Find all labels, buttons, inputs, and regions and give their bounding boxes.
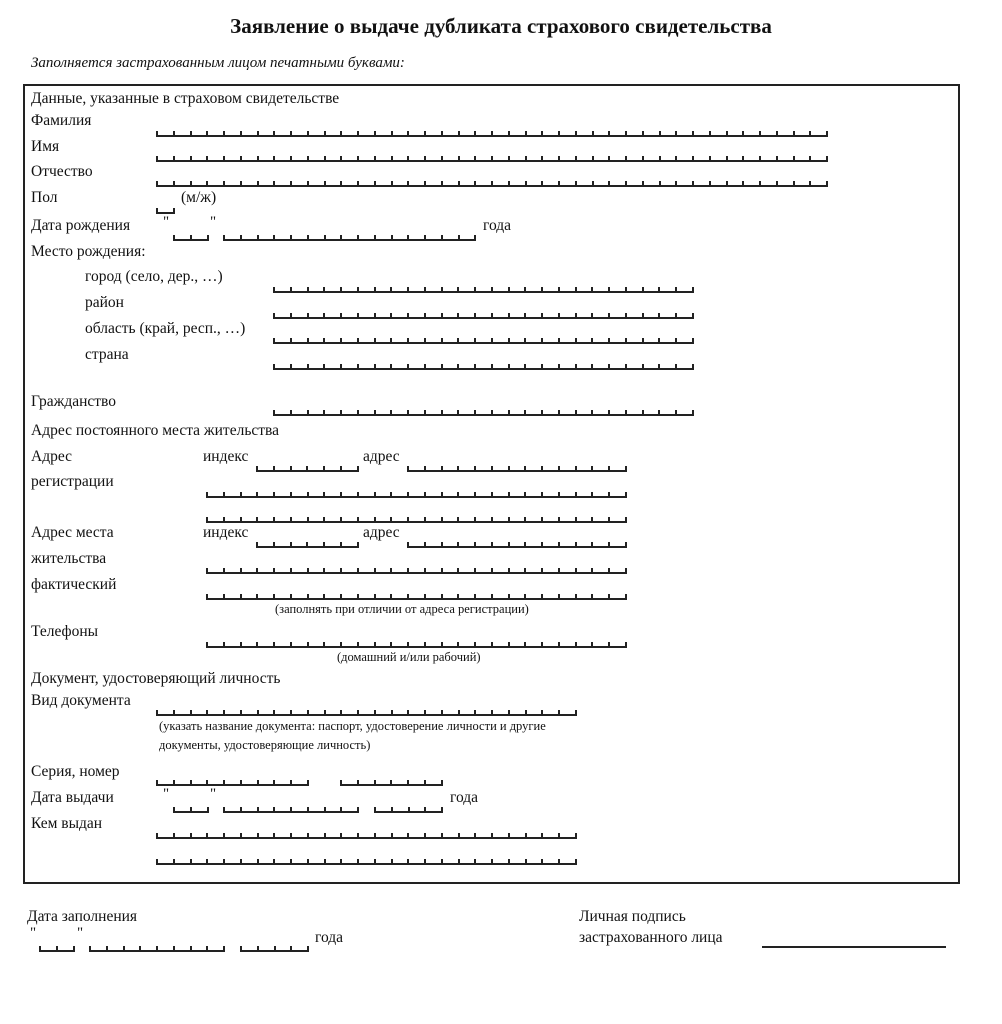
document-section-heading: Документ, удостоверяющий личность [31, 670, 280, 688]
issue-month-field[interactable] [224, 805, 358, 813]
surname-field[interactable] [157, 129, 827, 137]
document-type-hint-1: (указать название документа: паспорт, уд… [159, 719, 546, 734]
birth-day-field[interactable] [174, 233, 208, 241]
reg-address-field-3[interactable] [207, 515, 626, 523]
issued-by-label: Кем выдан [31, 815, 102, 833]
issue-day-field[interactable] [174, 805, 208, 813]
series-field[interactable] [157, 778, 308, 786]
reg-address-label-2: регистрации [31, 473, 114, 491]
country-label: страна [85, 346, 129, 364]
fact-address-label-1: Адрес места [31, 524, 114, 542]
city-field[interactable] [274, 285, 693, 293]
section-certificate-heading: Данные, указанные в страховом свидетельс… [31, 90, 339, 108]
phones-field[interactable] [207, 640, 626, 648]
fact-address-hint: (заполнять при отличии от адреса регистр… [275, 602, 529, 617]
phones-hint: (домашний и/или рабочий) [337, 650, 481, 665]
district-label: район [85, 294, 124, 312]
quote-open: " [163, 786, 169, 803]
signature-line[interactable] [762, 946, 946, 948]
document-type-hint-2: документы, удостоверяющие личность) [159, 738, 370, 753]
signature-label-2: застрахованного лица [579, 929, 723, 947]
fact-index-field[interactable] [257, 540, 358, 548]
region-field[interactable] [274, 336, 693, 344]
fill-year-word: года [315, 929, 343, 947]
reg-address-word: адрес [363, 448, 400, 466]
district-field[interactable] [274, 311, 693, 319]
fill-day-field[interactable] [40, 944, 74, 952]
fact-address-label-2: жительства [31, 550, 106, 568]
country-field[interactable] [274, 362, 693, 370]
city-label: город (село, дер., …) [85, 268, 223, 286]
fact-address-word: адрес [363, 524, 400, 542]
issue-year-word: года [450, 789, 478, 807]
region-label: область (край, респ., …) [85, 320, 245, 338]
issue-year-field[interactable] [375, 805, 442, 813]
reg-address-field-1[interactable] [408, 464, 626, 472]
fact-address-field-1[interactable] [408, 540, 626, 548]
document-type-label: Вид документа [31, 692, 131, 710]
number-field[interactable] [341, 778, 442, 786]
address-section-heading: Адрес постоянного места жительства [31, 422, 279, 440]
reg-index-label: индекс [203, 448, 248, 466]
citizenship-label: Гражданство [31, 393, 116, 411]
issue-date-label: Дата выдачи [31, 789, 114, 807]
birth-place-label: Место рождения: [31, 243, 146, 261]
quote-close: " [210, 214, 216, 231]
fill-year-field[interactable] [241, 944, 308, 952]
reg-index-field[interactable] [257, 464, 358, 472]
surname-label: Фамилия [31, 112, 91, 130]
quote-open: " [30, 925, 36, 942]
page-title: Заявление о выдаче дубликата страхового … [0, 14, 1002, 39]
fact-index-label: индекс [203, 524, 248, 542]
document-type-field[interactable] [157, 708, 576, 716]
issued-by-field-2[interactable] [157, 857, 576, 865]
citizenship-field[interactable] [274, 408, 693, 416]
birth-year-word: года [483, 217, 511, 235]
quote-close: " [210, 786, 216, 803]
phones-label: Телефоны [31, 623, 98, 641]
quote-open: " [163, 214, 169, 231]
sex-label: Пол [31, 189, 57, 207]
form-frame [23, 84, 960, 884]
birth-month-field[interactable] [224, 233, 475, 241]
name-field[interactable] [157, 154, 827, 162]
fact-address-field-2[interactable] [207, 566, 626, 574]
reg-address-field-2[interactable] [207, 490, 626, 498]
fact-address-field-3[interactable] [207, 592, 626, 600]
reg-address-label-1: Адрес [31, 448, 72, 466]
fill-date-label: Дата заполнения [27, 908, 137, 926]
sex-hint: (м/ж) [181, 189, 216, 207]
series-number-label: Серия, номер [31, 763, 120, 781]
fill-month-field[interactable] [90, 944, 224, 952]
fact-address-label-3: фактический [31, 576, 116, 594]
sex-field[interactable] [157, 206, 174, 214]
patronymic-field[interactable] [157, 179, 827, 187]
name-label: Имя [31, 138, 59, 156]
patronymic-label: Отчество [31, 163, 93, 181]
signature-label-1: Личная подпись [579, 908, 686, 926]
issued-by-field-1[interactable] [157, 831, 576, 839]
quote-close: " [77, 925, 83, 942]
birth-date-label: Дата рождения [31, 217, 130, 235]
form-instruction: Заполняется застрахованным лицом печатны… [31, 55, 405, 72]
